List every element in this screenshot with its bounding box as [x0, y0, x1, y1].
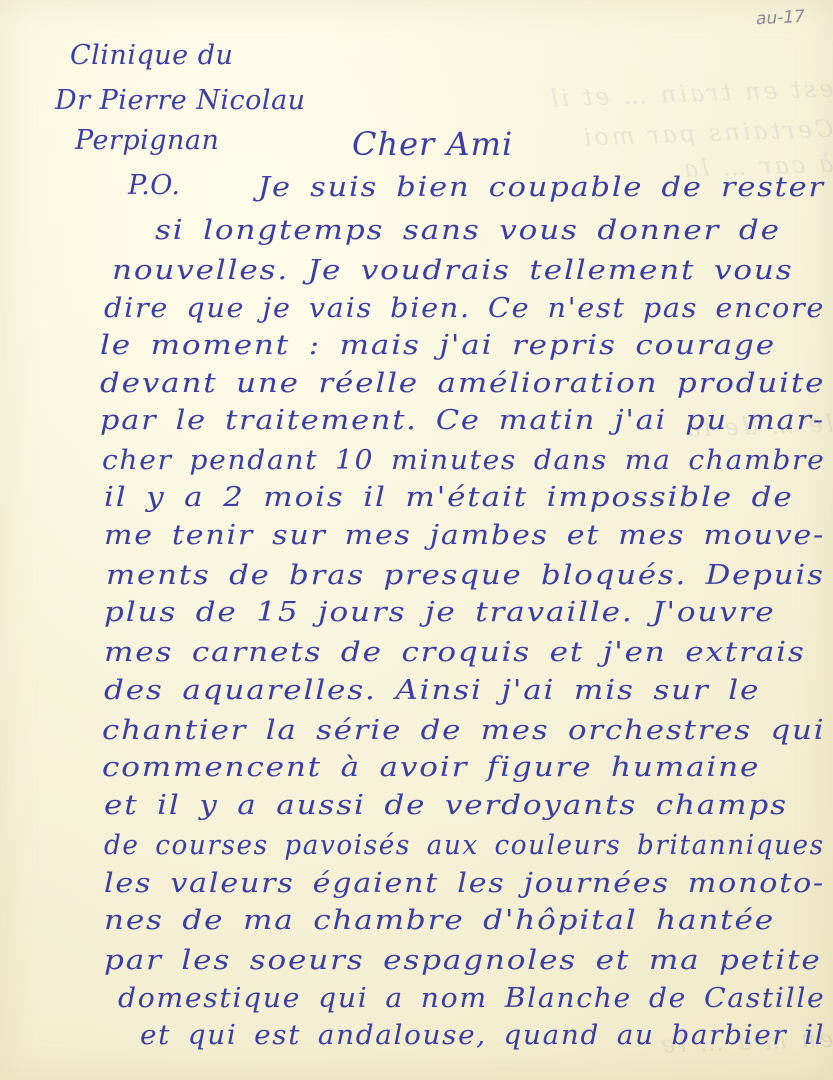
body-line: devant une réelle amélioration produite: [100, 368, 825, 399]
body-line: et il y a aussi de verdoyants champs: [104, 790, 788, 821]
salutation: Cher Ami: [352, 125, 513, 163]
body-line: de courses pavoisés aux couleurs britann…: [104, 830, 825, 861]
body-line: par les soeurs espagnoles et ma petite: [104, 945, 822, 976]
address-line-1: Clinique du: [70, 40, 233, 71]
body-line: le moment : mais j'ai repris courage: [100, 330, 776, 361]
archive-reference: au-17: [756, 7, 806, 30]
body-line: commencent à avoir figure humaine: [102, 752, 760, 783]
body-line: mes carnets de croquis et j'en extrais: [104, 637, 806, 668]
body-line: et qui est andalouse, quand au barbier i…: [140, 1020, 825, 1051]
body-line: par le traitement. Ce matin j'ai pu mar-: [100, 405, 825, 436]
body-line: si longtemps sans vous donner de: [155, 215, 781, 246]
address-line-3: Perpignan: [75, 125, 219, 156]
body-line: nes de ma chambre d'hôpital hantée: [104, 905, 775, 936]
body-line: nouvelles. Je voudrais tellement vous: [112, 255, 794, 286]
body-line: domestique qui a nom Blanche de Castille: [118, 983, 825, 1014]
body-line: dire que je vais bien. Ce n'est pas enco…: [104, 293, 825, 324]
address-line-2: Dr Pierre Nicolau: [55, 85, 306, 116]
body-line: cher pendant 10 minutes dans ma chambre: [102, 445, 825, 476]
address-line-4: P.O.: [128, 170, 180, 201]
body-line: ments de bras presque bloqués. Depuis: [106, 560, 825, 591]
body-line: Je suis bien coupable de rester: [258, 172, 825, 203]
body-line: des aquarelles. Ainsi j'ai mis sur le: [104, 675, 760, 706]
body-line: plus de 15 jours je travaille. J'ouvre: [104, 597, 776, 628]
body-line: il y a 2 mois il m'était impossible de: [104, 482, 794, 513]
body-line: les valeurs égaient les journées monoto-: [104, 868, 825, 899]
body-line: chantier la série de mes orchestres qui: [102, 715, 825, 746]
body-line: me tenir sur mes jambes et mes mouve-: [104, 520, 825, 551]
